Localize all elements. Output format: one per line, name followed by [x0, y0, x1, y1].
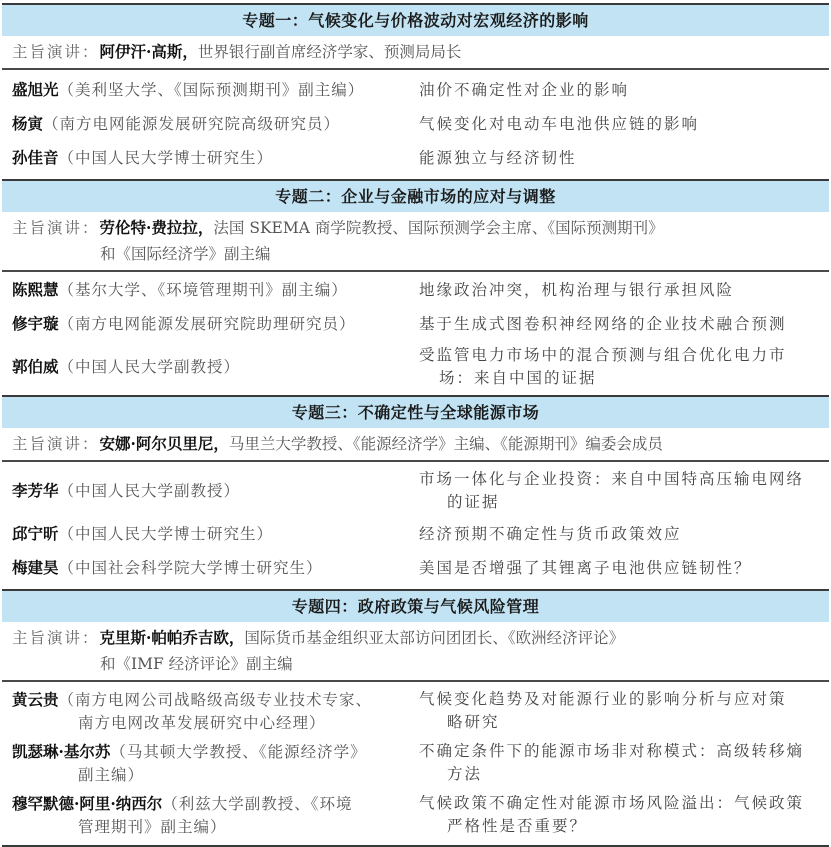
talk-topic: 地缘政治冲突，机构治理与银行承担风险	[409, 279, 829, 302]
talk-topic: 受监管电力市场中的混合预测与组合优化电力市	[419, 344, 829, 367]
keynote-desc: 马里兰大学教授、《能源经济学》主编、《能源期刊》编委会成员	[229, 435, 663, 453]
talk-topic: 经济预期不确定性与货币政策效应	[409, 523, 829, 546]
speaker-name: 穆罕默德·阿里·纳西尔	[12, 794, 162, 813]
keynote: 主旨演讲：克里斯·帕帕乔吉欧，国际货币基金组织亚太部访问团团长、《欧洲经济评论》…	[2, 622, 829, 682]
talk-row: 孙佳音（中国人民大学博士研究生） 能源独立与经济韧性	[2, 141, 829, 175]
speaker-affiliation: （南方电网公司战略级高级专业技术专家、	[59, 691, 373, 709]
speaker-affiliation: （美利坚大学、《国际预测期刊》副主编）	[59, 81, 365, 99]
talk-list: 盛旭光（美利坚大学、《国际预测期刊》副主编） 油价不确定性对企业的影响 杨寅（南…	[2, 70, 829, 179]
talk-topic-cont: 的证据	[419, 491, 829, 514]
talk-topic: 气候变化趋势及对能源行业的影响分析与应对策	[419, 688, 829, 711]
section-title: 专题二：企业与金融市场的应对与调整	[2, 179, 829, 212]
section-title: 专题四：政府政策与气候风险管理	[2, 589, 829, 622]
talk-topic: 气候政策不确定性对能源市场风险溢出：气候政策	[419, 792, 829, 815]
speaker-name: 盛旭光	[12, 80, 59, 99]
talk-topic-cont: 略研究	[419, 711, 829, 734]
speaker-affiliation: （中国人民大学副教授）	[59, 482, 241, 500]
talk-list: 黄云贵（南方电网公司战略级高级专业技术专家、南方电网改革发展研究中心经理） 气候…	[2, 682, 829, 840]
section-3: 专题三：不确定性与全球能源市场 主旨演讲：安娜·阿尔贝里尼，马里兰大学教授、《能…	[2, 395, 829, 589]
speaker-name: 孙佳音	[12, 148, 59, 167]
section-title: 专题三：不确定性与全球能源市场	[2, 395, 829, 428]
speaker-name: 邱宁昕	[12, 524, 59, 543]
talk-row: 李芳华（中国人民大学副教授） 市场一体化与企业投资：来自中国特高压输电网络的证据	[2, 465, 829, 517]
keynote-speaker: 劳伦特·费拉拉，	[100, 218, 214, 237]
talk-row: 梅建昊（中国社会科学院大学博士研究生） 美国是否增强了其锂离子电池供应链韧性？	[2, 551, 829, 585]
talk-topic: 不确定条件下的能源市场非对称模式：高级转移熵	[419, 740, 829, 763]
talk-topic: 气候变化对电动车电池供应链的影响	[409, 113, 829, 136]
section-2: 专题二：企业与金融市场的应对与调整 主旨演讲：劳伦特·费拉拉，法国 SKEMA …	[2, 179, 829, 395]
keynote-speaker: 安娜·阿尔贝里尼，	[100, 434, 229, 453]
talk-topic-cont: 严格性是否重要？	[419, 815, 829, 838]
keynote-label: 主旨演讲：	[12, 219, 100, 237]
speaker-name: 杨寅	[12, 114, 43, 133]
keynote: 主旨演讲：劳伦特·费拉拉，法国 SKEMA 商学院教授、国际预测学会主席、《国际…	[2, 212, 829, 272]
talk-topic-cont: 场：来自中国的证据	[419, 367, 829, 390]
keynote-label: 主旨演讲：	[12, 629, 100, 647]
speaker-name: 梅建昊	[12, 558, 59, 577]
talk-topic: 美国是否增强了其锂离子电池供应链韧性？	[409, 557, 829, 580]
keynote-desc: 法国 SKEMA 商学院教授、国际预测学会主席、《国际预测期刊》	[213, 219, 663, 237]
talk-row: 邱宁昕（中国人民大学博士研究生） 经济预期不确定性与货币政策效应	[2, 517, 829, 551]
speaker-affiliation: （利兹大学副教授、《环境	[162, 795, 352, 813]
speaker-affiliation-cont: 南方电网改革发展研究中心经理）	[12, 712, 409, 735]
section-4: 专题四：政府政策与气候风险管理 主旨演讲：克里斯·帕帕乔吉欧，国际货币基金组织亚…	[2, 589, 829, 840]
section-title: 专题一：气候变化与价格波动对宏观经济的影响	[2, 3, 829, 36]
speaker-affiliation: （中国人民大学博士研究生）	[59, 525, 274, 543]
keynote-speaker: 克里斯·帕帕乔吉欧，	[100, 628, 245, 647]
speaker-affiliation: （基尔大学、《环境管理期刊》副主编）	[59, 281, 348, 299]
conference-program-table: 专题一：气候变化与价格波动对宏观经济的影响 主旨演讲：阿伊汗·高斯，世界银行副首…	[2, 3, 829, 840]
talk-row: 杨寅（南方电网能源发展研究院高级研究员） 气候变化对电动车电池供应链的影响	[2, 107, 829, 141]
keynote-label: 主旨演讲：	[12, 43, 100, 61]
keynote-label: 主旨演讲：	[12, 435, 100, 453]
keynote-desc-cont: 和《IMF 经济评论》副主编	[12, 651, 819, 677]
talk-topic: 基于生成式图卷积神经网络的企业技术融合预测	[409, 313, 829, 336]
speaker-name: 李芳华	[12, 481, 59, 500]
talk-row: 凯瑟琳·基尔苏（马其顿大学教授、《能源经济学》副主编） 不确定条件下的能源市场非…	[2, 737, 829, 789]
section-1: 专题一：气候变化与价格波动对宏观经济的影响 主旨演讲：阿伊汗·高斯，世界银行副首…	[2, 3, 829, 179]
talk-topic-cont: 方法	[419, 763, 829, 786]
keynote-desc: 国际货币基金组织亚太部访问团团长、《欧洲经济评论》	[244, 629, 624, 647]
talk-list: 李芳华（中国人民大学副教授） 市场一体化与企业投资：来自中国特高压输电网络的证据…	[2, 462, 829, 589]
talk-list: 陈熙慧（基尔大学、《环境管理期刊》副主编） 地缘政治冲突，机构治理与银行承担风险…	[2, 272, 829, 395]
talk-row: 盛旭光（美利坚大学、《国际预测期刊》副主编） 油价不确定性对企业的影响	[2, 73, 829, 107]
talk-row: 郭伯威（中国人民大学副教授） 受监管电力市场中的混合预测与组合优化电力市场：来自…	[2, 343, 829, 391]
talk-row: 黄云贵（南方电网公司战略级高级专业技术专家、南方电网改革发展研究中心经理） 气候…	[2, 685, 829, 737]
talk-topic: 市场一体化与企业投资：来自中国特高压输电网络	[419, 468, 829, 491]
talk-row: 陈熙慧（基尔大学、《环境管理期刊》副主编） 地缘政治冲突，机构治理与银行承担风险	[2, 275, 829, 305]
talk-row: 穆罕默德·阿里·纳西尔（利兹大学副教授、《环境管理期刊》副主编） 气候政策不确定…	[2, 789, 829, 840]
speaker-affiliation: （南方电网能源发展研究院助理研究员）	[59, 315, 356, 333]
talk-row: 修宇璇（南方电网能源发展研究院助理研究员） 基于生成式图卷积神经网络的企业技术融…	[2, 305, 829, 343]
speaker-affiliation-cont: 管理期刊》副主编）	[12, 816, 409, 839]
keynote-desc: 世界银行副首席经济学家、预测局局长	[198, 43, 462, 61]
speaker-name: 凯瑟琳·基尔苏	[12, 742, 110, 761]
speaker-name: 修宇璇	[12, 314, 59, 333]
speaker-affiliation: （中国人民大学博士研究生）	[59, 149, 274, 167]
keynote-desc-cont: 和《国际经济学》副主编	[12, 241, 819, 267]
talk-topic: 能源独立与经济韧性	[409, 147, 829, 170]
keynote-speaker: 阿伊汗·高斯，	[100, 42, 198, 61]
speaker-name: 郭伯威	[12, 357, 59, 376]
speaker-name: 陈熙慧	[12, 280, 59, 299]
speaker-name: 黄云贵	[12, 690, 59, 709]
speaker-affiliation: （中国人民大学副教授）	[59, 358, 241, 376]
speaker-affiliation: （南方电网能源发展研究院高级研究员）	[43, 115, 340, 133]
speaker-affiliation: （中国社会科学院大学博士研究生）	[59, 559, 323, 577]
keynote: 主旨演讲：阿伊汗·高斯，世界银行副首席经济学家、预测局局长	[2, 36, 829, 70]
speaker-affiliation-cont: 副主编）	[12, 764, 409, 787]
talk-topic: 油价不确定性对企业的影响	[409, 79, 829, 102]
keynote: 主旨演讲：安娜·阿尔贝里尼，马里兰大学教授、《能源经济学》主编、《能源期刊》编委…	[2, 428, 829, 462]
speaker-affiliation: （马其顿大学教授、《能源经济学》	[110, 743, 366, 761]
